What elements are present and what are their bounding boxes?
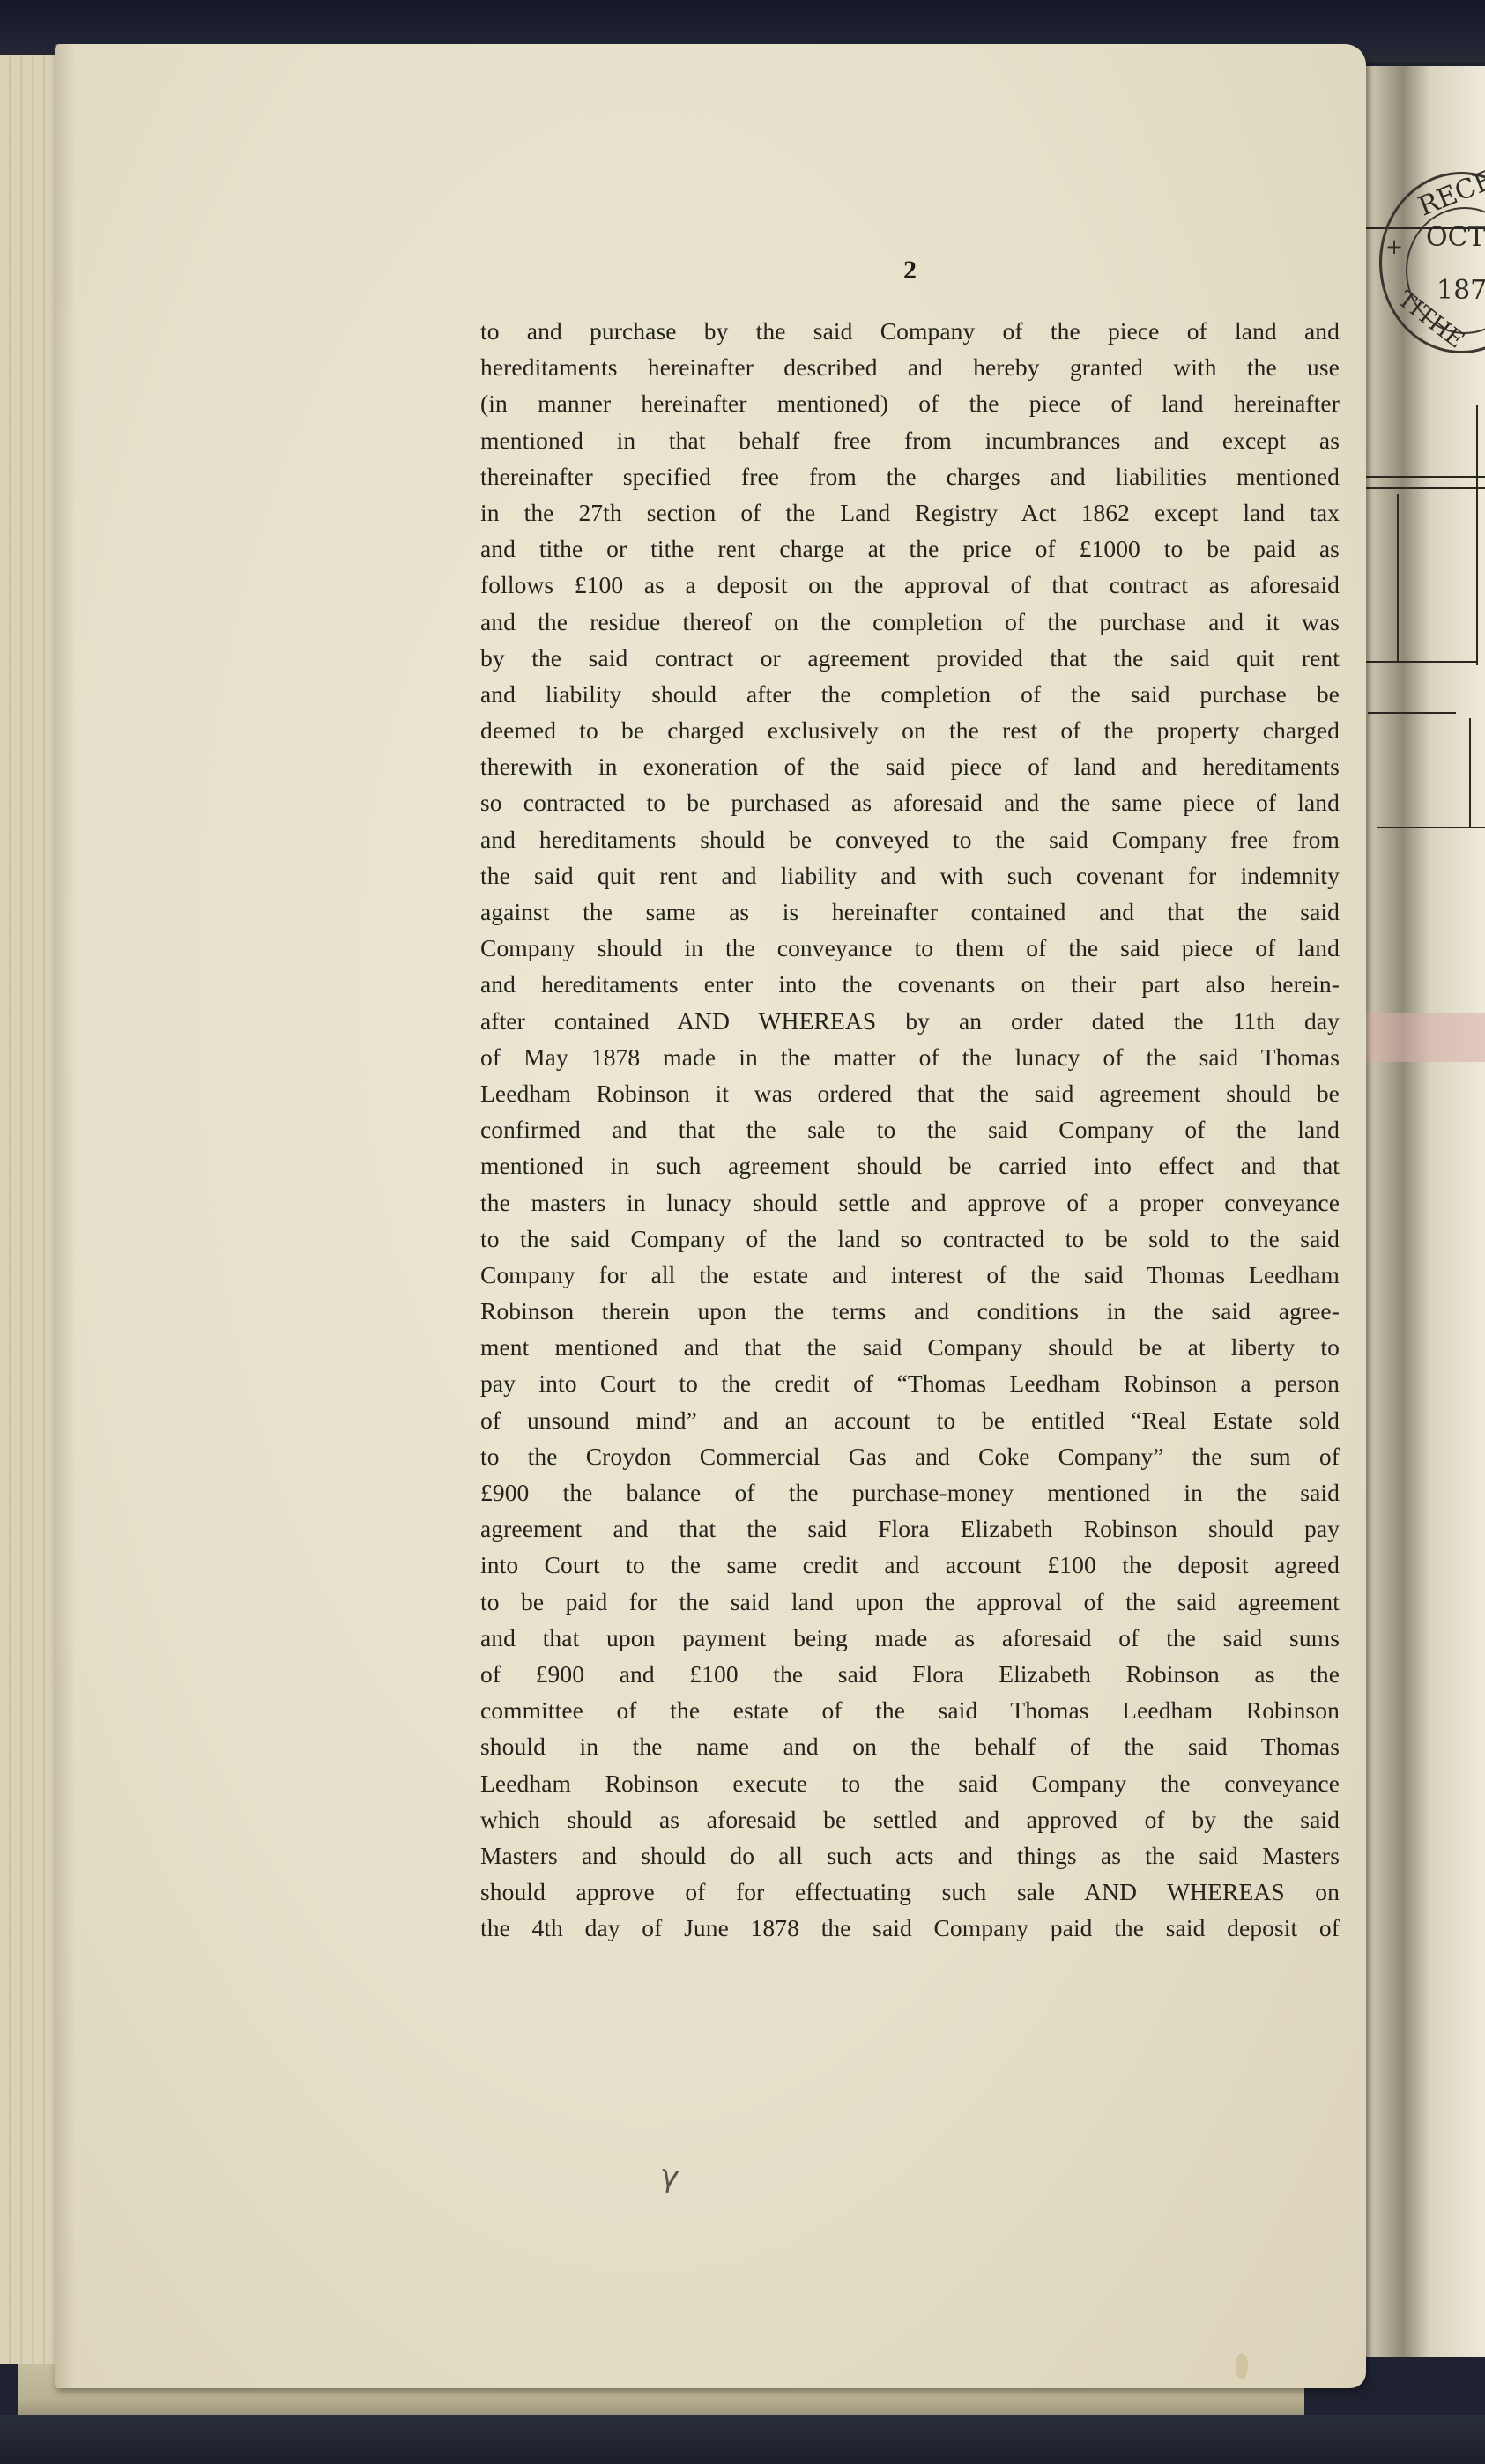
text-line: and liability should after the completio… bbox=[480, 676, 1340, 712]
text-line: Masters and should do all such acts and … bbox=[480, 1837, 1340, 1874]
map-line bbox=[1397, 494, 1399, 661]
text-line: Leedham Robinson it was ordered that the… bbox=[480, 1075, 1340, 1111]
text-line: by the said contract or agreement provid… bbox=[480, 640, 1340, 676]
text-line: should in the name and on the behalf of … bbox=[480, 1728, 1340, 1764]
text-line: therewith in exoneration of the said pie… bbox=[480, 748, 1340, 784]
map-pink-region bbox=[1366, 1013, 1485, 1062]
stamp-text-month: OCT bbox=[1426, 225, 1485, 251]
text-line: follows £100 as a deposit on the approva… bbox=[480, 567, 1340, 603]
text-line: after contained AND WHEREAS by an order … bbox=[480, 1003, 1340, 1039]
map-line bbox=[1368, 712, 1456, 714]
paper-stain bbox=[1236, 2353, 1248, 2379]
text-line: which should as aforesaid be settled and… bbox=[480, 1801, 1340, 1837]
text-line: of £900 and £100 the said Flora Elizabet… bbox=[480, 1656, 1340, 1692]
text-line: agreement and that the said Flora Elizab… bbox=[480, 1510, 1340, 1547]
text-line: confirmed and that the sale to the said … bbox=[480, 1111, 1340, 1147]
text-line: to the Croydon Commercial Gas and Coke C… bbox=[480, 1438, 1340, 1474]
book-binding-bottom bbox=[0, 2415, 1485, 2464]
text-line: mentioned in such agreement should be ca… bbox=[480, 1147, 1340, 1184]
text-line: and the residue thereof on the completio… bbox=[480, 604, 1340, 640]
text-line: against the same as is hereinafter conta… bbox=[480, 894, 1340, 930]
text-line: thereinafter specified free from the cha… bbox=[480, 458, 1340, 494]
text-line: to be paid for the said land upon the ap… bbox=[480, 1584, 1340, 1620]
text-line: the 4th day of June 1878 the said Compan… bbox=[480, 1910, 1340, 1946]
stamp-text-year: 187 bbox=[1437, 278, 1485, 304]
document-body-text: to and purchase by the said Company of t… bbox=[480, 313, 1340, 1946]
adjacent-map-sheet bbox=[1348, 66, 1485, 2357]
text-line: Leedham Robinson execute to the said Com… bbox=[480, 1765, 1340, 1801]
map-line bbox=[1476, 405, 1478, 665]
text-line: and hereditaments should be conveyed to … bbox=[480, 821, 1340, 857]
text-line: the masters in lunacy should settle and … bbox=[480, 1184, 1340, 1221]
map-line bbox=[1377, 827, 1485, 828]
map-line bbox=[1469, 718, 1471, 828]
text-line: in the 27th section of the Land Registry… bbox=[480, 494, 1340, 531]
text-line: of May 1878 made in the matter of the lu… bbox=[480, 1039, 1340, 1075]
map-line bbox=[1353, 487, 1485, 489]
text-line: of unsound mind” and an account to be en… bbox=[480, 1402, 1340, 1438]
text-line: and hereditaments enter into the covenan… bbox=[480, 966, 1340, 1002]
text-line: mentioned in that behalf free from incum… bbox=[480, 422, 1340, 458]
text-line: ment mentioned and that the said Company… bbox=[480, 1329, 1340, 1365]
page-stack-edges bbox=[0, 55, 63, 2364]
text-line: should approve of for effectuating such … bbox=[480, 1874, 1340, 1910]
text-line: to and purchase by the said Company of t… bbox=[480, 313, 1340, 349]
stamp-cross-icon: + bbox=[1385, 236, 1403, 257]
text-line: hereditaments hereinafter described and … bbox=[480, 349, 1340, 385]
text-line: the said quit rent and liability and wit… bbox=[480, 857, 1340, 894]
text-line: and tithe or tithe rent charge at the pr… bbox=[480, 531, 1340, 567]
map-line bbox=[1366, 661, 1478, 663]
text-line: and that upon payment being made as afor… bbox=[480, 1620, 1340, 1656]
text-line: so contracted to be purchased as aforesa… bbox=[480, 784, 1340, 820]
page-number: 2 bbox=[903, 256, 917, 286]
text-line: Company for all the estate and interest … bbox=[480, 1257, 1340, 1293]
map-line bbox=[1353, 476, 1485, 478]
text-line: Company should in the conveyance to them… bbox=[480, 930, 1340, 966]
text-line: committee of the estate of the said Thom… bbox=[480, 1692, 1340, 1728]
text-line: pay into Court to the credit of “Thomas … bbox=[480, 1365, 1340, 1401]
text-line: £900 the balance of the purchase-money m… bbox=[480, 1474, 1340, 1510]
text-line: to the said Company of the land so contr… bbox=[480, 1221, 1340, 1257]
text-line: deemed to be charged exclusively on the … bbox=[480, 712, 1340, 748]
text-line: Robinson therein upon the terms and cond… bbox=[480, 1293, 1340, 1329]
text-line: into Court to the same credit and accoun… bbox=[480, 1547, 1340, 1583]
text-line: (in manner hereinafter mentioned) of the… bbox=[480, 385, 1340, 421]
